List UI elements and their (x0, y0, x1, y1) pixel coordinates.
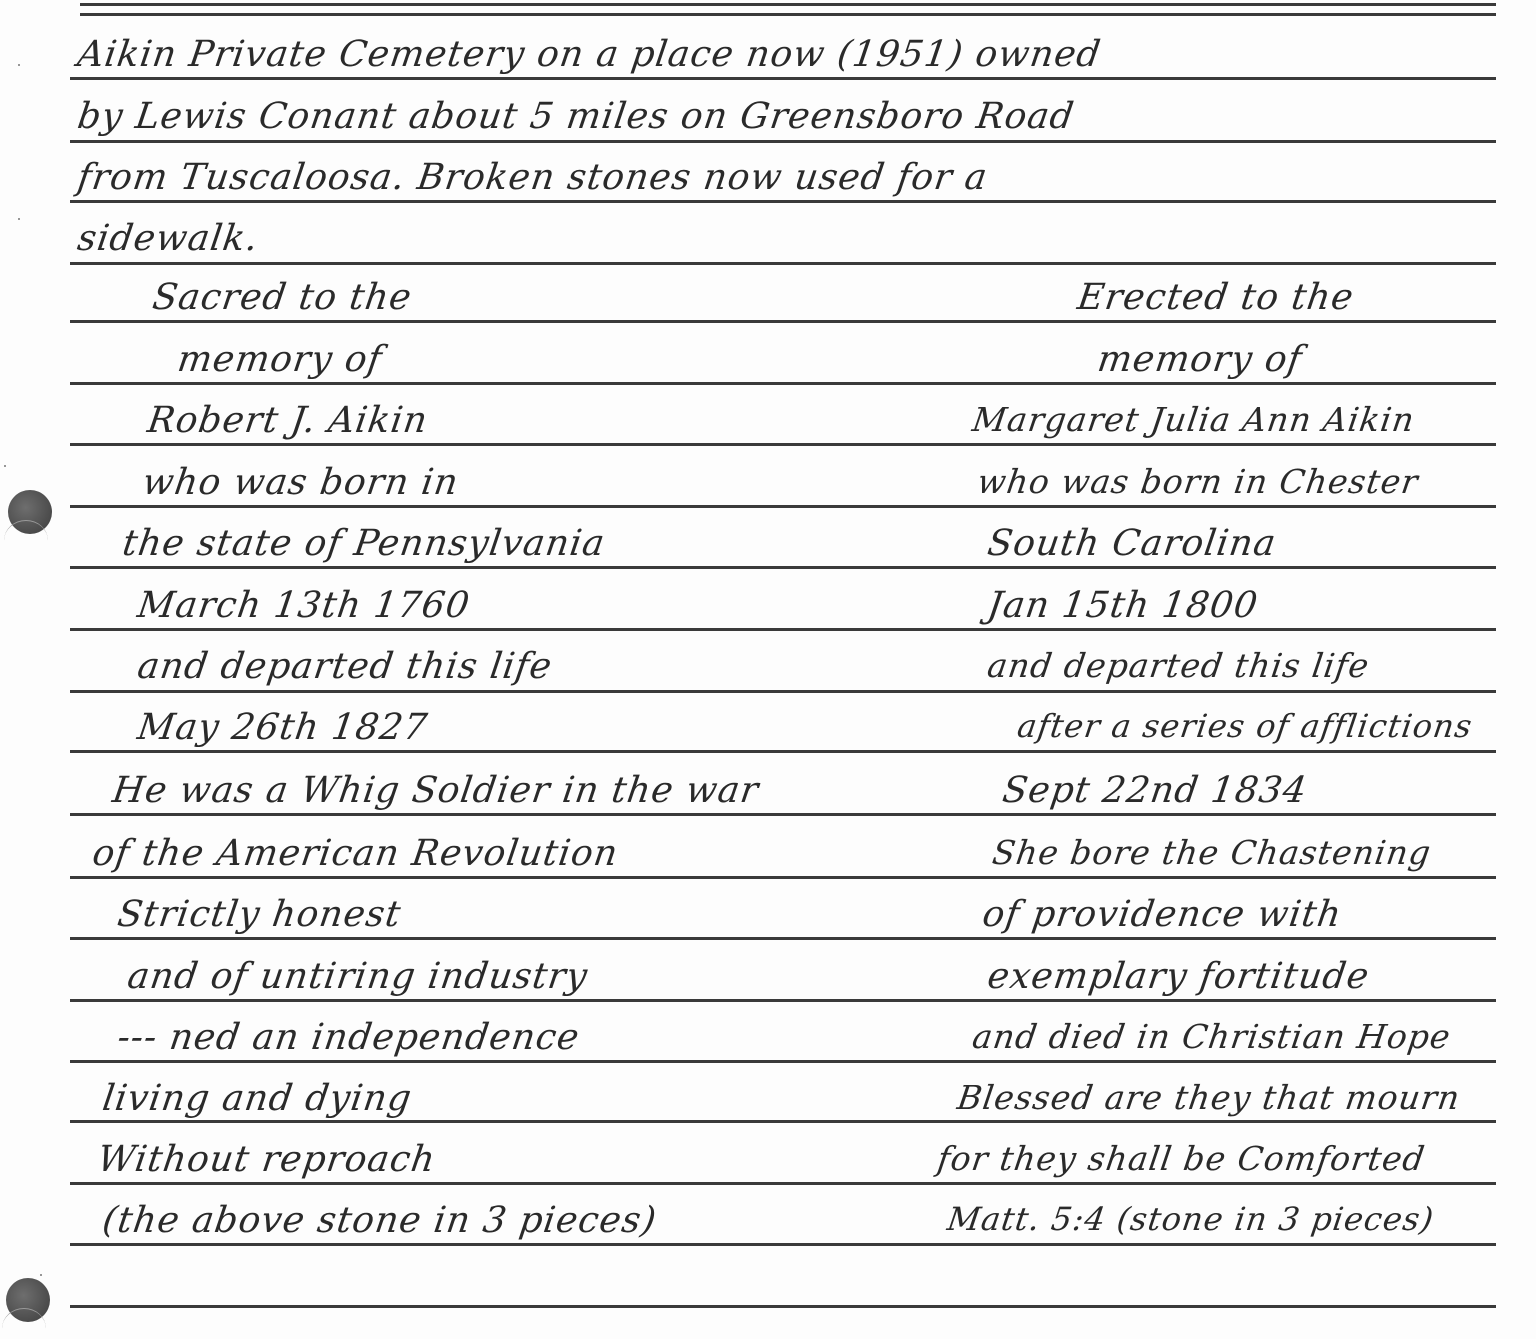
header-line: by Lewis Conant about 5 miles on Greensb… (75, 96, 1077, 137)
ruled-line (70, 200, 1496, 203)
inscription-line: Margaret Julia Ann Aikin (970, 400, 1417, 439)
inscription-line: and departed this life (985, 646, 1372, 685)
header-line: Aikin Private Cemetery on a place now (1… (75, 34, 1104, 75)
inscription-line: --- ned an independence (115, 1017, 582, 1058)
scanned-page: Aikin Private Cemetery on a place now (1… (0, 0, 1536, 1339)
inscription-line: and died in Christian Hope (970, 1017, 1453, 1056)
inscription-line: Erected to the (1075, 277, 1357, 318)
inscription-line: who was born in Chester (975, 462, 1421, 501)
ruled-line (70, 1182, 1496, 1185)
inscription-line: and of untiring industry (125, 956, 591, 997)
inscription-line: She bore the Chastening (990, 833, 1434, 872)
inscription-line: who was born in (140, 462, 461, 503)
header-line: sidewalk. (75, 218, 261, 259)
inscription-line: of the American Revolution (90, 833, 621, 874)
ruled-line (70, 443, 1496, 446)
inscription-line: of providence with (980, 894, 1344, 935)
scan-speck (18, 64, 20, 66)
ruled-line (70, 320, 1496, 323)
punch-hole (8, 490, 52, 534)
ruled-line (70, 1305, 1496, 1308)
ruled-line (70, 382, 1496, 385)
inscription-line: and departed this life (135, 646, 555, 687)
ruled-line (70, 140, 1496, 143)
inscription-line: for they shall be Comforted (935, 1139, 1428, 1178)
inscription-line: memory of (175, 339, 385, 380)
ruled-line (70, 937, 1496, 940)
inscription-line: Sept 22nd 1834 (1000, 770, 1310, 811)
ruled-line (70, 1120, 1496, 1123)
inscription-line: Strictly honest (115, 894, 404, 935)
inscription-line: Jan 15th 1800 (985, 585, 1261, 626)
inscription-line: living and dying (100, 1078, 415, 1119)
ruled-line (70, 999, 1496, 1002)
inscription-line: March 13th 1760 (135, 585, 473, 626)
ruled-line (80, 13, 1496, 16)
inscription-line: after a series of afflictions (1015, 707, 1475, 745)
inscription-line: Blessed are they that mourn (955, 1078, 1463, 1117)
ruled-line (70, 1243, 1496, 1246)
ruled-line (70, 813, 1496, 816)
scan-speck (18, 218, 20, 220)
ruled-line (70, 876, 1496, 879)
inscription-line: Robert J. Aikin (145, 400, 431, 441)
ruled-line (70, 77, 1496, 80)
scan-speck (40, 1274, 42, 1276)
punch-hole (6, 1278, 50, 1322)
scan-speck (4, 465, 6, 467)
inscription-line: South Carolina (985, 523, 1279, 564)
inscription-line: Matt. 5:4 (stone in 3 pieces) (945, 1200, 1437, 1238)
inscription-line: He was a Whig Soldier in the war (110, 770, 762, 811)
ruled-line (70, 566, 1496, 569)
inscription-line: (the above stone in 3 pieces) (100, 1200, 659, 1241)
header-line: from Tuscaloosa. Broken stones now used … (75, 157, 990, 198)
ruled-line (70, 690, 1496, 693)
ruled-line (70, 262, 1496, 265)
ruled-line (70, 1060, 1496, 1063)
ruled-line (80, 3, 1496, 6)
inscription-line: May 26th 1827 (135, 707, 430, 748)
inscription-line: Sacred to the (150, 277, 415, 318)
ruled-line (70, 505, 1496, 508)
ruled-line (70, 750, 1496, 753)
ruled-line (70, 628, 1496, 631)
inscription-line: exemplary fortitude (985, 956, 1372, 997)
inscription-line: the state of Pennsylvania (120, 523, 608, 564)
inscription-line: memory of (1095, 339, 1305, 380)
inscription-line: Without reproach (95, 1139, 438, 1180)
